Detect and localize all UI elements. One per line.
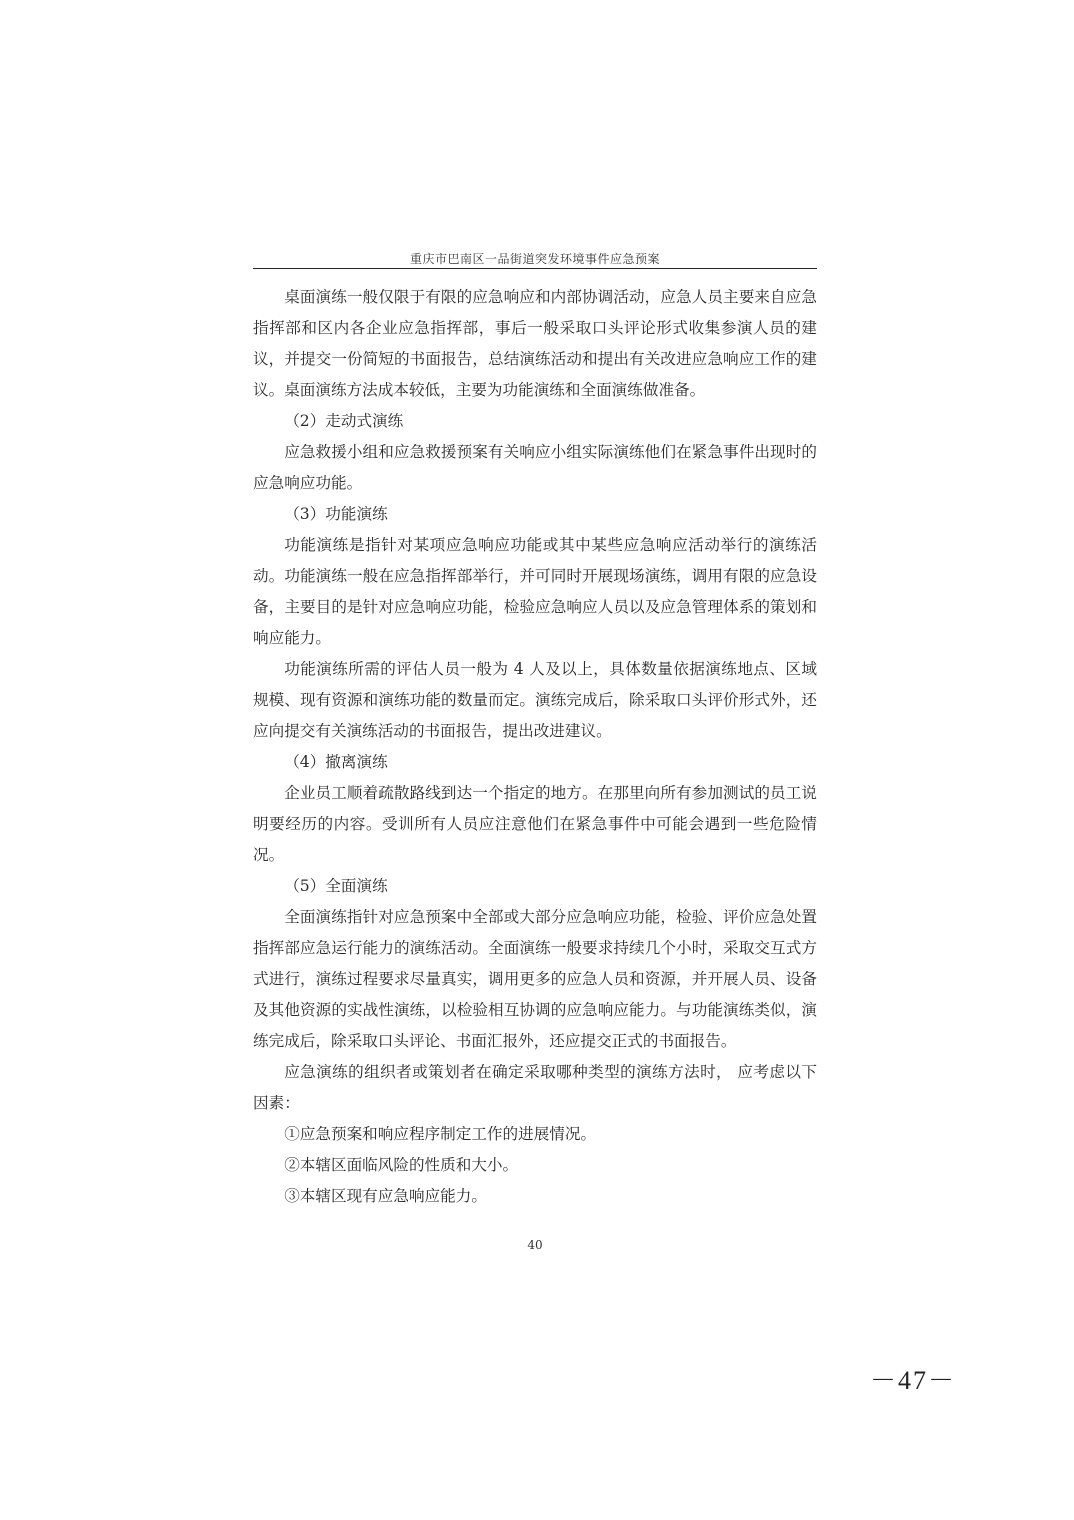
section-heading-walkthrough-drill: （2）走动式演练 xyxy=(253,406,817,437)
document-page: 重庆市巴南区一品街道突发环境事件应急预案 桌面演练一般仅限于有限的应急响应和内部… xyxy=(0,0,1074,1520)
paragraph-walkthrough-drill: 应急救援小组和应急救援预案有关响应小组实际演练他们在紧急事件出现时的应急响应功能… xyxy=(253,437,817,499)
paragraph-full-scale-drill: 全面演练指针对应急预案中全部或大部分应急响应功能，检验、评价应急处置指挥部应急运… xyxy=(253,902,817,1057)
outer-page-number: －47－ xyxy=(870,1360,956,1397)
section-heading-functional-drill: （3）功能演练 xyxy=(253,499,817,530)
paragraph-tabletop-drill: 桌面演练一般仅限于有限的应急响应和内部协调活动，应急人员主要来自应急指挥部和区内… xyxy=(253,282,817,406)
paragraph-functional-drill-evaluators: 功能演练所需的评估人员一般为 4 人及以上，具体数量依据演练地点、区域规模、现有… xyxy=(253,654,817,747)
section-heading-evacuation-drill: （4）撤离演练 xyxy=(253,747,817,778)
list-item-factor-1: ①应急预案和响应程序制定工作的进展情况。 xyxy=(253,1119,817,1150)
paragraph-functional-drill: 功能演练是指针对某项应急响应功能或其中某些应急响应活动举行的演练活动。功能演练一… xyxy=(253,530,817,654)
inner-page-number: 40 xyxy=(253,1238,817,1252)
list-item-factor-3: ③本辖区现有应急响应能力。 xyxy=(253,1181,817,1212)
paragraph-drill-factors-intro: 应急演练的组织者或策划者在确定采取哪种类型的演练方法时， 应考虑以下因素： xyxy=(253,1057,817,1119)
header-rule xyxy=(253,268,817,269)
list-item-factor-2: ②本辖区面临风险的性质和大小。 xyxy=(253,1150,817,1181)
body-text: 桌面演练一般仅限于有限的应急响应和内部协调活动，应急人员主要来自应急指挥部和区内… xyxy=(253,282,817,1212)
section-heading-full-scale-drill: （5）全面演练 xyxy=(253,871,817,902)
paragraph-evacuation-drill: 企业员工顺着疏散路线到达一个指定的地方。在那里向所有参加测试的员工说明要经历的内… xyxy=(253,778,817,871)
running-header: 重庆市巴南区一品街道突发环境事件应急预案 xyxy=(253,250,817,267)
